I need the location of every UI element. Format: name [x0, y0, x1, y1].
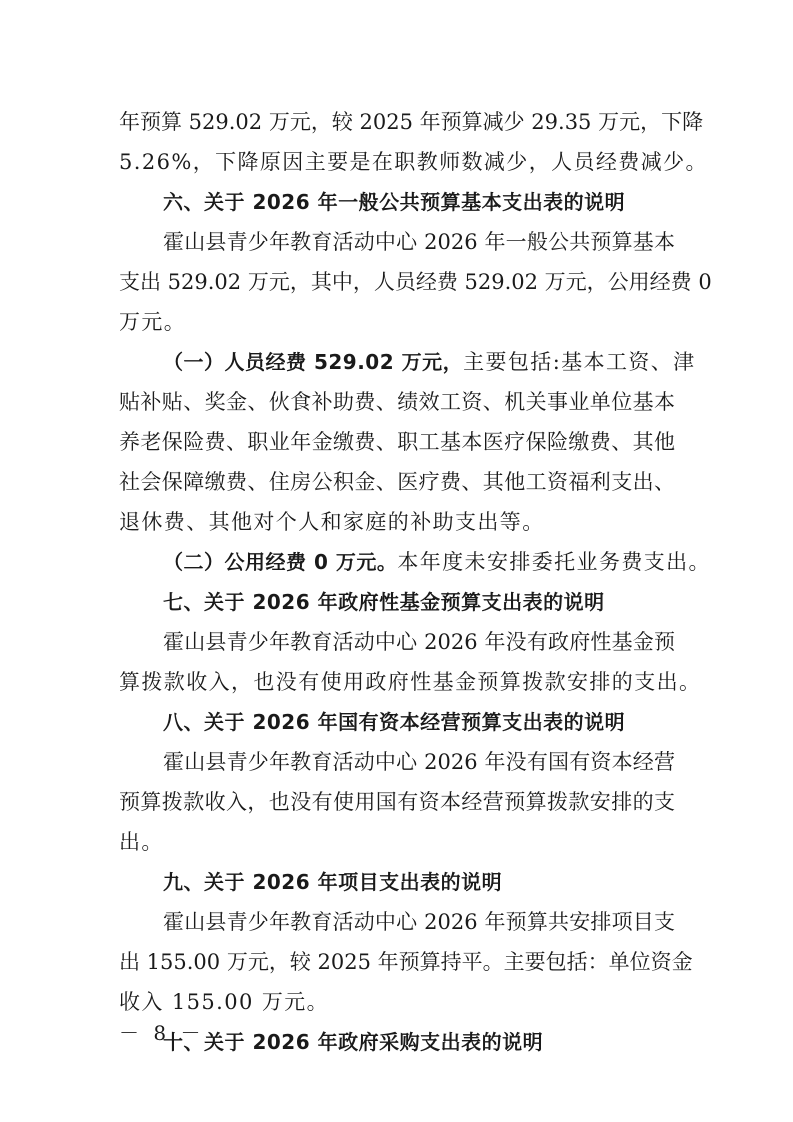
body-text-line: 出 155.00 万元，较 2025 年预算持平。主要包括：单位资金	[119, 942, 675, 982]
body-text-line: 预算拨款收入，也没有使用国有资本经营预算拨款安排的支	[119, 782, 675, 822]
page-number: － 8 －	[119, 1017, 204, 1046]
body-text-line: 出。	[119, 822, 675, 862]
body-text-line: 收入 155.00 万元。	[119, 982, 675, 1022]
subsection-public: （二）公用经费 0 万元。本年度未安排委托业务费支出。	[119, 542, 675, 582]
body-text-line: 5.26%，下降原因主要是在职教师数减少，人员经费减少。	[119, 142, 675, 182]
body-text-line: 霍山县青少年教育活动中心 2026 年预算共安排项目支	[119, 902, 675, 942]
body-text-line: 霍山县青少年教育活动中心 2026 年没有国有资本经营	[119, 742, 675, 782]
section-heading-7: 七、关于 2026 年政府性基金预算支出表的说明	[119, 582, 675, 622]
section-heading-6: 六、关于 2026 年一般公共预算基本支出表的说明	[119, 182, 675, 222]
body-text-line: 退休费、其他对个人和家庭的补助支出等。	[119, 502, 675, 542]
body-text-line: 养老保险费、职业年金缴费、职工基本医疗保险缴费、其他	[119, 422, 675, 462]
subsection-text: 本年度未安排委托业务费支出。	[397, 550, 711, 574]
subsection-personnel: （一）人员经费 529.02 万元，主要包括:基本工资、津	[119, 342, 675, 382]
body-text-line: 社会保障缴费、住房公积金、医疗费、其他工资福利支出、	[119, 462, 675, 502]
body-text-line: 霍山县青少年教育活动中心 2026 年没有政府性基金预	[119, 622, 675, 662]
body-text-line: 霍山县青少年教育活动中心 2026 年一般公共预算基本	[119, 222, 675, 262]
body-text-line: 贴补贴、奖金、伙食补助费、绩效工资、机关事业单位基本	[119, 382, 675, 422]
subsection-title: （二）公用经费 0 万元。	[163, 550, 397, 574]
subsection-title: （一）人员经费 529.02 万元，	[163, 350, 463, 374]
section-heading-8: 八、关于 2026 年国有资本经营预算支出表的说明	[119, 702, 675, 742]
body-text-line: 年预算 529.02 万元，较 2025 年预算减少 29.35 万元，下降	[119, 102, 675, 142]
document-page: 年预算 529.02 万元，较 2025 年预算减少 29.35 万元，下降 5…	[119, 102, 675, 1062]
body-text-line: 支出 529.02 万元，其中，人员经费 529.02 万元，公用经费 0	[119, 262, 675, 302]
section-heading-9: 九、关于 2026 年项目支出表的说明	[119, 862, 675, 902]
subsection-text: 主要包括:基本工资、津	[463, 350, 695, 374]
body-text-line: 算拨款收入，也没有使用政府性基金预算拨款安排的支出。	[119, 662, 675, 702]
body-text-line: 万元。	[119, 302, 675, 342]
